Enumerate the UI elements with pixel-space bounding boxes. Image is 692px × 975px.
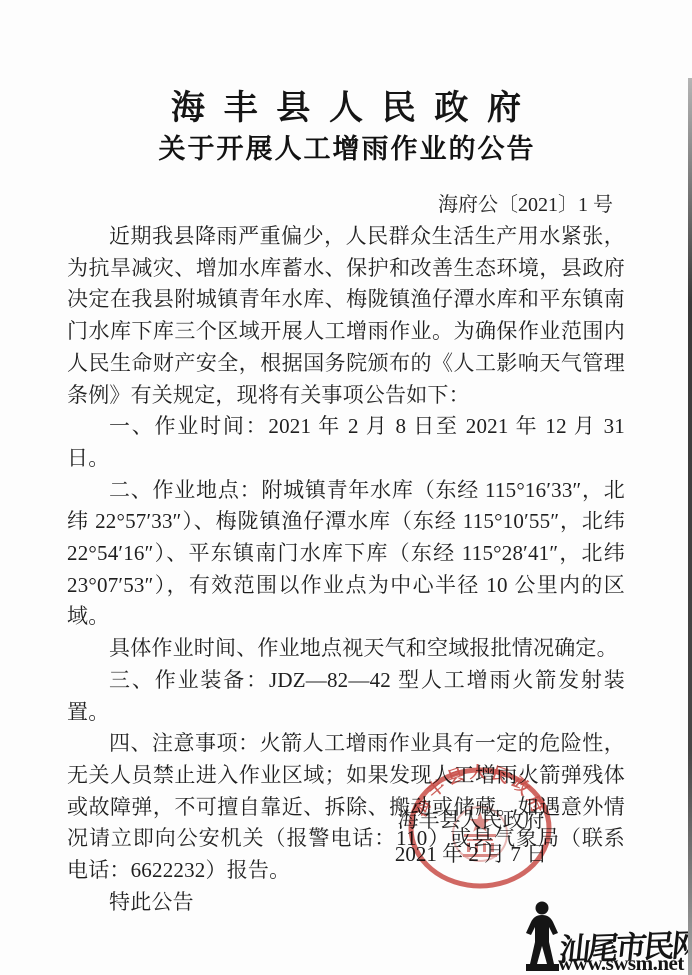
seal-star-icon [469,811,491,832]
announcement-page: 海丰县人民政府 关于开展人工增雨作业的公告 海府公〔2021〕1 号 近期我县降… [0,0,692,975]
page-subtitle: 关于开展人工增雨作业的公告 [0,127,692,166]
national-emblem-icon [453,807,507,861]
body-paragraph: 二、作业地点：附城镇青年水库（东经 115°16′33″，北纬 22°57′33… [67,475,625,634]
page-title: 海丰县人民政府 [0,80,692,129]
body-paragraph: 近期我县降雨严重偏少，人民群众生活生产用水紧张，为抗旱减灾、增加水库蓄水、保护和… [67,221,625,411]
body-paragraph: 三、作业装备：JDZ—82—42 型人工增雨火箭发射装置。 [67,665,625,728]
watermark-site-url: www.swsm.net [558,951,684,975]
site-watermark: 汕尾市民网 www.swsm.net [520,898,692,975]
body-paragraph: 具体作业时间、作业地点视天气和空域报批情况确定。 [67,633,625,665]
body-paragraph: 一、作业时间：2021 年 2 月 8 日至 2021 年 12 月 31 日。 [67,411,625,474]
scan-edge-line [688,78,692,975]
official-seal: 海丰县人民政府 [405,764,555,892]
doc-number: 海府公〔2021〕1 号 [438,188,613,217]
